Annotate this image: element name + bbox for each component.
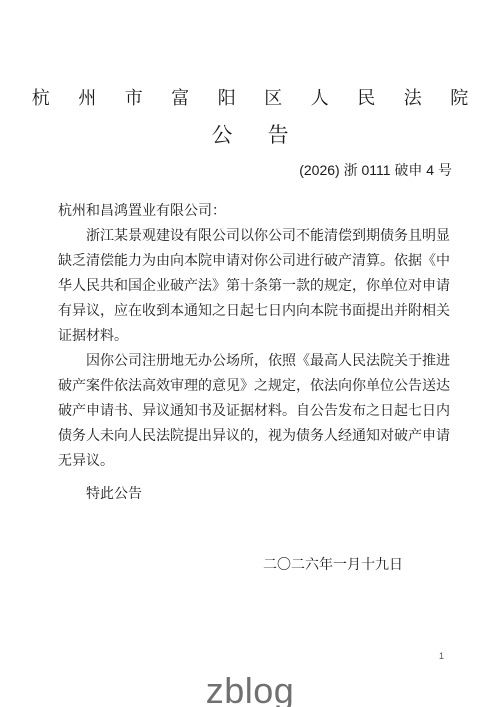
- case-number: (2026) 浙 0111 破申 4 号: [0, 162, 500, 178]
- zblog-watermark: zblog: [0, 670, 500, 707]
- paragraph-1: 浙江某景观建设有限公司以你公司不能清偿到期债务且明显缺乏清偿能力为由向本院申请对…: [58, 223, 450, 348]
- issue-date: 二〇二六年一月十九日: [0, 554, 500, 574]
- document-page: 杭 州 市 富 阳 区 人 民 法 院 公 告 (2026) 浙 0111 破申…: [0, 0, 500, 707]
- paragraph-2: 因你公司注册地无办公场所，依照《最高人民法院关于推进破产案件依法高效审理的意见》…: [58, 348, 450, 473]
- closing-line: 特此公告: [58, 481, 450, 506]
- page-number: 1: [439, 651, 444, 661]
- addressee-line: 杭州和昌鸿置业有限公司：: [58, 198, 450, 223]
- court-name: 杭 州 市 富 阳 区 人 民 法 院: [0, 0, 500, 110]
- announcement-title: 公 告: [0, 119, 500, 149]
- document-body: 杭州和昌鸿置业有限公司： 浙江某景观建设有限公司以你公司不能清偿到期债务且明显缺…: [58, 198, 450, 506]
